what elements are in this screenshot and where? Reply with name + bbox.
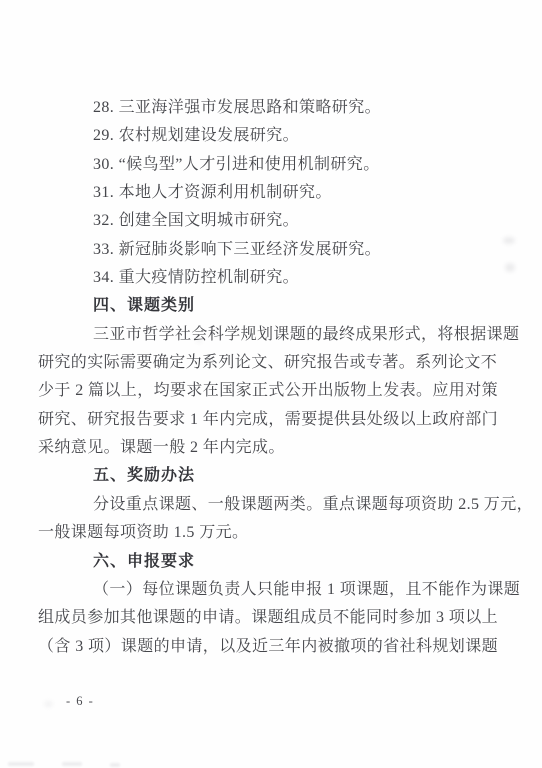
scanned-document-page: 28. 三亚海洋强市发展思路和策略研究。 29. 农村规划建设发展研究。 30.… — [0, 0, 542, 768]
scan-smudge — [196, 338, 202, 343]
scan-smudge — [505, 263, 515, 272]
scan-streak — [8, 762, 34, 766]
list-item-32: 32. 创建全国文明城市研究。 — [38, 207, 510, 235]
section-heading-topic-category: 四、课题类别 — [38, 292, 510, 320]
document-body: 28. 三亚海洋强市发展思路和策略研究。 29. 农村规划建设发展研究。 30.… — [38, 94, 510, 661]
section-heading-reward: 五、奖励办法 — [38, 462, 510, 490]
paragraph-line: 采纳意见。课题一般 2 年内完成。 — [38, 434, 510, 462]
list-item-30: 30. “候鸟型”人才引进和使用机制研究。 — [38, 151, 510, 179]
paragraph-line: 少于 2 篇以上，均要求在国家正式公开出版物上发表。应用对策 — [38, 377, 510, 405]
scan-streak — [62, 762, 82, 766]
scan-streak — [110, 763, 120, 767]
scan-smudge — [44, 701, 53, 707]
section-heading-application: 六、申报要求 — [38, 548, 510, 576]
paragraph-line: 组成员参加其他课题的申请。课题组成员不能同时参加 3 项以上 — [38, 604, 510, 632]
paragraph-line: （含 3 项）课题的申请，以及近三年内被撤项的省社科规划课题 — [38, 633, 510, 661]
scan-smudge — [503, 237, 515, 244]
page-number: - 6 - — [66, 694, 94, 709]
paragraph-line: 分设重点课题、一般课题两类。重点课题每项资助 2.5 万元， — [38, 491, 510, 519]
list-item-34: 34. 重大疫情防控机制研究。 — [38, 264, 510, 292]
list-item-29: 29. 农村规划建设发展研究。 — [38, 122, 510, 150]
list-item-33: 33. 新冠肺炎影响下三亚经济发展研究。 — [38, 236, 510, 264]
paragraph-line: 研究、研究报告要求 1 年内完成，需要提供县处级以上政府部门 — [38, 406, 510, 434]
list-item-31: 31. 本地人才资源利用机制研究。 — [38, 179, 510, 207]
list-item-28: 28. 三亚海洋强市发展思路和策略研究。 — [38, 94, 510, 122]
paragraph-line: 研究的实际需要确定为系列论文、研究报告或专著。系列论文不 — [38, 349, 510, 377]
paragraph-line: 一般课题每项资助 1.5 万元。 — [38, 519, 510, 547]
paragraph-line: 三亚市哲学社会科学规划课题的最终成果形式，将根据课题 — [38, 321, 510, 349]
paragraph-line: （一）每位课题负责人只能申报 1 项课题，且不能作为课题 — [38, 576, 510, 604]
